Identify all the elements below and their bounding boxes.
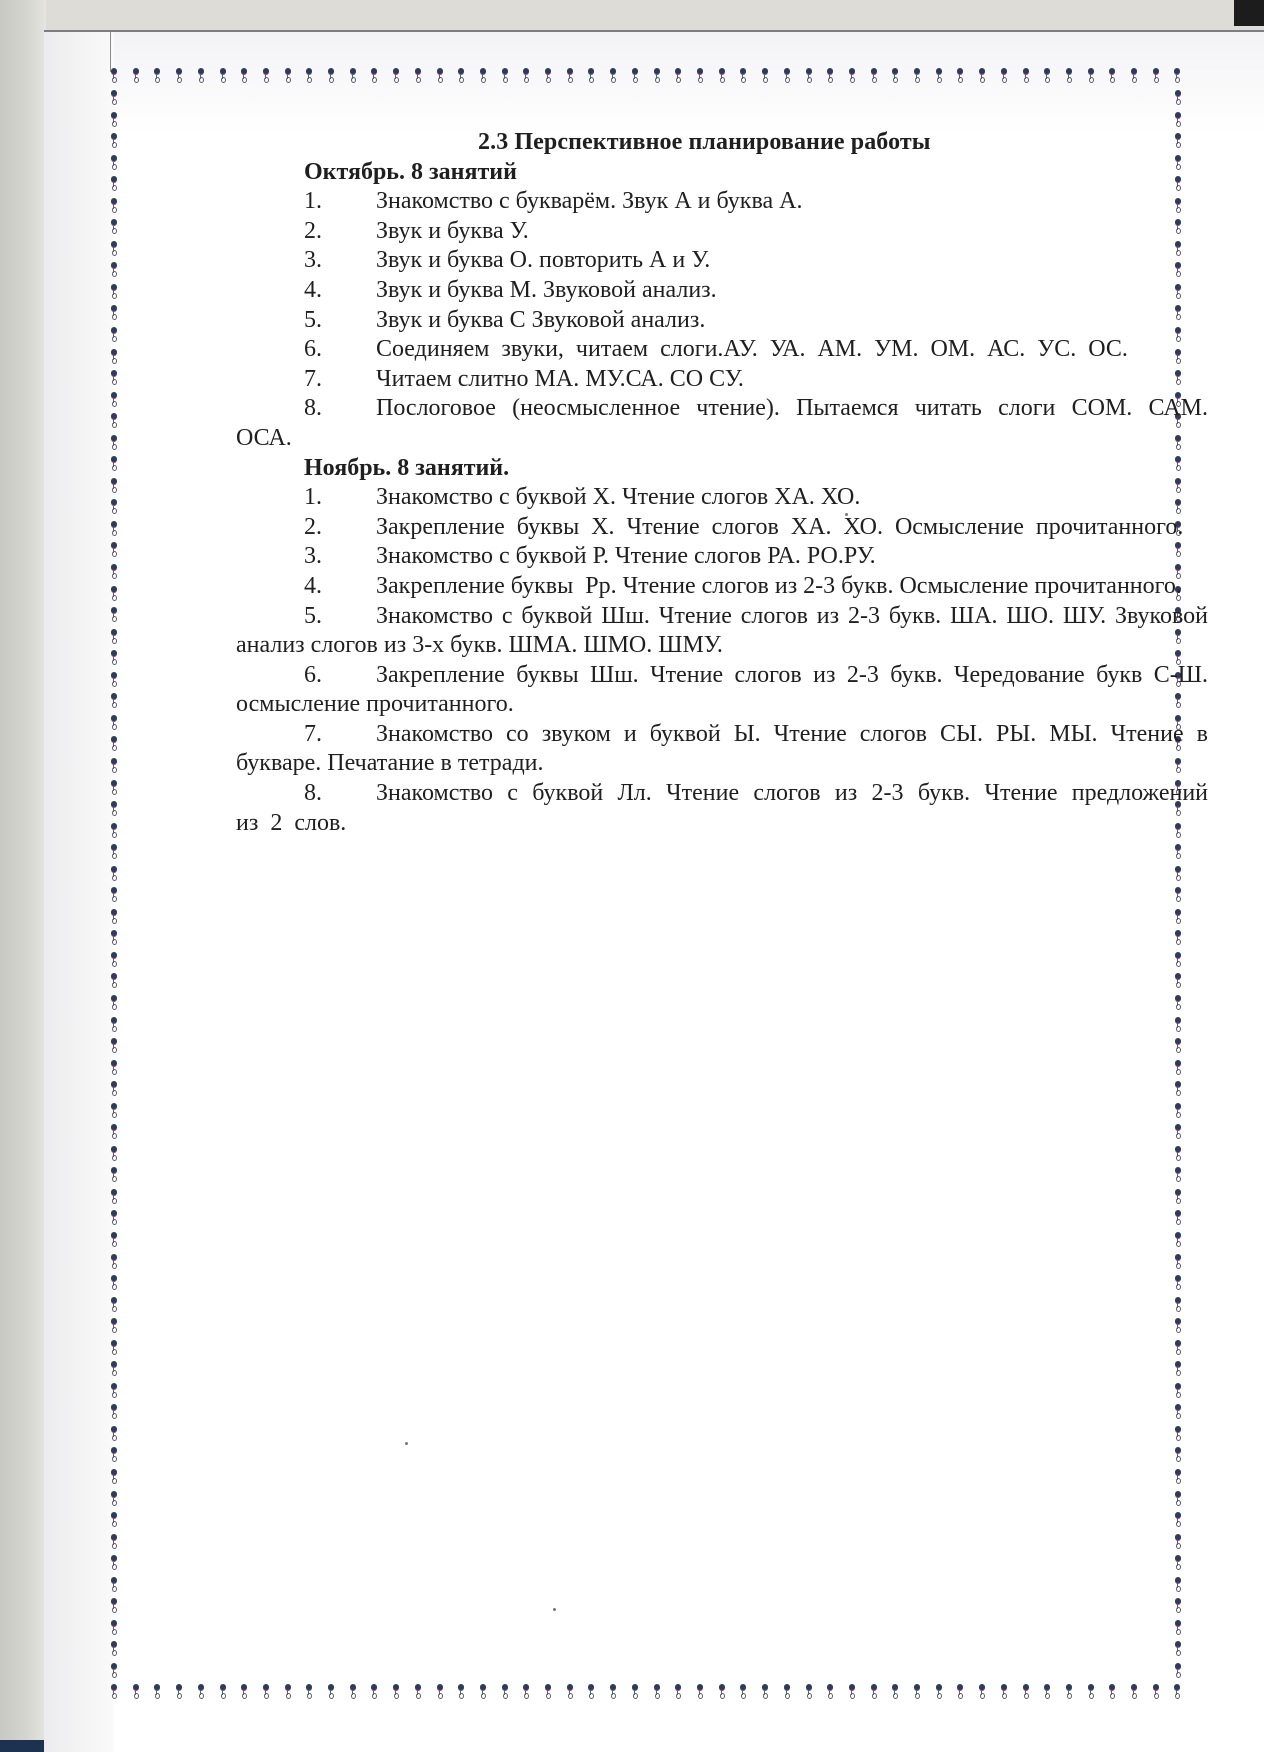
bead-chain-icon <box>110 435 118 456</box>
list-item: 6.Соединяем звуки, читаем слоги.АУ. УА. … <box>236 335 1208 365</box>
bead-chain-icon <box>110 1232 118 1253</box>
bead-chain-icon <box>110 1146 118 1167</box>
list-item: 6.Закрепление буквы Шш. Чтение слогов из… <box>236 661 1208 720</box>
bead-chain-icon <box>609 68 617 88</box>
bead-chain-icon <box>110 90 118 111</box>
bead-chain-icon <box>1174 1318 1182 1339</box>
bead-chain-icon <box>110 1491 118 1512</box>
bead-chain-icon <box>110 133 118 154</box>
bead-chain-icon <box>522 68 530 88</box>
page-shadow <box>44 32 114 1752</box>
bead-chain-icon <box>1174 1103 1182 1124</box>
list-item: 7.Знакомство со звуком и буквой Ы. Чтени… <box>236 720 1208 779</box>
bead-chain-icon <box>653 1684 661 1704</box>
bead-chain-icon <box>110 887 118 908</box>
bead-chain-icon <box>978 68 986 88</box>
bead-chain-icon <box>1174 844 1182 865</box>
bead-chain-icon <box>1174 930 1182 951</box>
bead-chain-icon <box>1174 1254 1182 1275</box>
bead-chain-icon <box>1043 1684 1051 1704</box>
bead-chain-icon <box>891 68 899 88</box>
item-text: Закрепление буквы Рр. Чтение слогов из 2… <box>376 573 1182 599</box>
bead-chain-icon <box>1174 973 1182 994</box>
bead-chain-icon <box>1174 1447 1182 1468</box>
item-text: Звук и буква У. <box>376 218 529 244</box>
bead-chain-icon <box>1174 1060 1182 1081</box>
bead-chain-icon <box>1174 866 1182 887</box>
bead-chain-icon <box>110 241 118 262</box>
bead-chain-icon <box>110 68 118 88</box>
bead-chain-icon <box>1174 1189 1182 1210</box>
bead-chain-icon <box>1174 1232 1182 1253</box>
bead-chain-icon <box>1087 68 1095 88</box>
bead-chain-icon <box>1174 1297 1182 1318</box>
bead-chain-icon <box>110 1641 118 1662</box>
item-number: 3. <box>304 246 376 276</box>
bead-chain-icon <box>870 68 878 88</box>
list-item: 3.Знакомство с буквой Р. Чтение слогов Р… <box>236 542 1208 572</box>
bead-chain-icon <box>110 112 118 133</box>
bead-chain-icon <box>674 68 682 88</box>
scanner-background-top <box>0 0 1264 30</box>
list-item: 8.Знакомство с буквой Лл. Чтение слогов … <box>236 779 1208 838</box>
bead-chain-icon <box>110 930 118 951</box>
bead-chain-icon <box>110 1361 118 1382</box>
item-text: Знакомство с буквой Шш. Чтение слогов из… <box>236 603 1208 659</box>
list-item: 1.Знакомство с буквой Х. Чтение слогов Х… <box>236 483 1208 513</box>
bead-chain-icon <box>587 1684 595 1704</box>
bead-chain-icon <box>1174 1361 1182 1382</box>
item-number: 6. <box>304 335 376 365</box>
bead-chain-icon <box>1174 995 1182 1016</box>
bead-chain-icon <box>110 586 118 607</box>
bead-chain-icon <box>132 1684 140 1704</box>
bead-chain-icon <box>110 1426 118 1447</box>
bead-chain-icon <box>110 1663 118 1684</box>
bead-chain-icon <box>631 1684 639 1704</box>
bead-chain-icon <box>566 68 574 88</box>
list-item: 4.Звук и буква М. Звуковой анализ. <box>236 276 1208 306</box>
item-text: Знакомство с букварём. Звук А и буква А. <box>376 188 802 214</box>
bead-chain-icon <box>110 176 118 197</box>
item-text: Читаем слитно МА. МУ.СА. СО СУ. <box>376 366 744 392</box>
item-text: Звук и буква М. Звуковой анализ. <box>376 277 717 303</box>
document-body: 2.3 Перспективное планирование работы Ок… <box>236 128 1208 838</box>
bead-chain-icon <box>1152 68 1160 88</box>
page-fold-line <box>110 32 111 72</box>
bead-chain-icon <box>1174 1620 1182 1641</box>
bead-chain-icon <box>110 973 118 994</box>
bead-chain-icon <box>110 715 118 736</box>
bead-chain-icon <box>110 564 118 585</box>
item-number: 5. <box>304 602 376 632</box>
bead-chain-icon <box>110 349 118 370</box>
bead-chain-icon <box>522 1684 530 1704</box>
bead-chain-icon <box>110 262 118 283</box>
bead-chain-icon <box>1130 1684 1138 1704</box>
bead-chain-icon <box>1174 1038 1182 1059</box>
bead-chain-icon <box>1174 1491 1182 1512</box>
bead-chain-icon <box>566 1684 574 1704</box>
item-text: Знакомство со звуком и буквой Ы. Чтение … <box>236 721 1208 777</box>
ornament-border-top <box>110 68 1182 90</box>
item-number: 4. <box>304 276 376 306</box>
bead-chain-icon <box>110 995 118 1016</box>
bead-chain-icon <box>978 1684 986 1704</box>
list-item: 5.Знакомство с буквой Шш. Чтение слогов … <box>236 602 1208 661</box>
bead-chain-icon <box>1174 1555 1182 1576</box>
bead-chain-icon <box>262 68 270 88</box>
ornament-border-left <box>110 90 120 1684</box>
bead-chain-icon <box>826 1684 834 1704</box>
bead-chain-icon <box>327 68 335 88</box>
bead-chain-icon <box>1065 1684 1073 1704</box>
bead-chain-icon <box>1174 1469 1182 1490</box>
bead-chain-icon <box>110 327 118 348</box>
bead-chain-icon <box>110 413 118 434</box>
bead-chain-icon <box>110 801 118 822</box>
bead-chain-icon <box>219 1684 227 1704</box>
bead-chain-icon <box>1000 68 1008 88</box>
bead-chain-icon <box>1174 1404 1182 1425</box>
bead-chain-icon <box>110 155 118 176</box>
bead-chain-icon <box>848 1684 856 1704</box>
bead-chain-icon <box>110 952 118 973</box>
section-heading: Ноябрь. 8 занятий. <box>304 454 1208 484</box>
scan-speck <box>553 1608 556 1611</box>
bead-chain-icon <box>1174 1598 1182 1619</box>
bead-chain-icon <box>110 1103 118 1124</box>
item-number: 1. <box>304 187 376 217</box>
bead-chain-icon <box>501 68 509 88</box>
item-number: 5. <box>304 306 376 336</box>
bead-chain-icon <box>414 68 422 88</box>
bead-chain-icon <box>631 68 639 88</box>
bead-chain-icon <box>1174 1167 1182 1188</box>
bead-chain-icon <box>1173 68 1181 88</box>
bead-chain-icon <box>110 521 118 542</box>
bead-chain-icon <box>197 1684 205 1704</box>
bead-chain-icon <box>110 1275 118 1296</box>
bead-chain-icon <box>1174 952 1182 973</box>
list-item: 8.Послоговое (неосмысленное чтение). Пыт… <box>236 394 1208 453</box>
section-october: Октябрь. 8 занятий 1.Знакомство с буквар… <box>236 158 1208 454</box>
bead-chain-icon <box>718 1684 726 1704</box>
bead-chain-icon <box>956 1684 964 1704</box>
bead-chain-icon <box>1174 1275 1182 1296</box>
bead-chain-icon <box>370 1684 378 1704</box>
item-text: Послоговое (неосмысленное чтение). Пытае… <box>236 395 1208 451</box>
bead-chain-icon <box>110 1318 118 1339</box>
bead-chain-icon <box>848 68 856 88</box>
bead-chain-icon <box>110 672 118 693</box>
bead-chain-icon <box>1174 909 1182 930</box>
bead-chain-icon <box>1173 1684 1181 1704</box>
bead-chain-icon <box>653 68 661 88</box>
bead-chain-icon <box>110 650 118 671</box>
scanner-dark-edge <box>0 1740 44 1752</box>
bead-chain-icon <box>305 1684 313 1704</box>
bead-chain-icon <box>544 68 552 88</box>
section-heading: Октябрь. 8 занятий <box>304 158 1208 188</box>
bead-chain-icon <box>1174 1577 1182 1598</box>
bead-chain-icon <box>110 1383 118 1404</box>
bead-chain-icon <box>1108 68 1116 88</box>
item-number: 2. <box>304 217 376 247</box>
bead-chain-icon <box>696 68 704 88</box>
list-item: 7.Читаем слитно МА. МУ.СА. СО СУ. <box>236 365 1208 395</box>
bead-chain-icon <box>1174 1641 1182 1662</box>
bead-chain-icon <box>110 1404 118 1425</box>
list-item: 5.Звук и буква С Звуковой анализ. <box>236 306 1208 336</box>
bead-chain-icon <box>1043 68 1051 88</box>
bead-chain-icon <box>1065 68 1073 88</box>
scan-speck <box>405 1442 408 1445</box>
bead-chain-icon <box>414 1684 422 1704</box>
bead-chain-icon <box>349 68 357 88</box>
bead-chain-icon <box>935 68 943 88</box>
bead-chain-icon <box>219 68 227 88</box>
bead-chain-icon <box>110 1167 118 1188</box>
bead-chain-icon <box>392 1684 400 1704</box>
bead-chain-icon <box>305 68 313 88</box>
item-number: 8. <box>304 779 376 809</box>
bead-chain-icon <box>110 758 118 779</box>
bead-chain-icon <box>609 1684 617 1704</box>
item-text: Звук и буква О. повторить А и У. <box>376 247 710 273</box>
bead-chain-icon <box>1174 1081 1182 1102</box>
page-title: 2.3 Перспективное планирование работы <box>478 128 1208 158</box>
bead-chain-icon <box>805 1684 813 1704</box>
bead-chain-icon <box>110 780 118 801</box>
bead-chain-icon <box>110 1124 118 1145</box>
item-number: 7. <box>304 720 376 750</box>
bead-chain-icon <box>153 1684 161 1704</box>
bead-chain-icon <box>175 1684 183 1704</box>
bead-chain-icon <box>110 1017 118 1038</box>
bead-chain-icon <box>110 736 118 757</box>
bead-chain-icon <box>501 1684 509 1704</box>
bead-chain-icon <box>913 1684 921 1704</box>
item-text: Соединяем звуки, читаем слоги.АУ. УА. АМ… <box>376 336 1128 362</box>
bead-chain-icon <box>110 629 118 650</box>
list-item: 3.Звук и буква О. повторить А и У. <box>236 246 1208 276</box>
bead-chain-icon <box>262 1684 270 1704</box>
bead-chain-icon <box>110 284 118 305</box>
bead-chain-icon <box>913 68 921 88</box>
bead-chain-icon <box>1152 1684 1160 1704</box>
bead-chain-icon <box>370 68 378 88</box>
bead-chain-icon <box>479 68 487 88</box>
bead-chain-icon <box>1174 1210 1182 1231</box>
bead-chain-icon <box>110 1038 118 1059</box>
bead-chain-icon <box>870 1684 878 1704</box>
bead-chain-icon <box>110 219 118 240</box>
bead-chain-icon <box>240 1684 248 1704</box>
item-text: Закрепление буквы Шш. Чтение слогов из 2… <box>236 662 1208 718</box>
bead-chain-icon <box>110 1684 118 1704</box>
bead-chain-icon <box>110 478 118 499</box>
scanner-dark-corner <box>1234 0 1264 26</box>
bead-chain-icon <box>132 68 140 88</box>
bead-chain-icon <box>761 1684 769 1704</box>
item-number: 2. <box>304 513 376 543</box>
bead-chain-icon <box>110 1447 118 1468</box>
bead-chain-icon <box>284 68 292 88</box>
bead-chain-icon <box>110 392 118 413</box>
bead-chain-icon <box>1087 1684 1095 1704</box>
bead-chain-icon <box>240 68 248 88</box>
bead-chain-icon <box>891 1684 899 1704</box>
item-text: Знакомство с буквой Р. Чтение слогов РА.… <box>376 543 876 569</box>
bead-chain-icon <box>110 866 118 887</box>
item-text: Знакомство с буквой Лл. Чтение слогов из… <box>236 780 1208 836</box>
item-number: 8. <box>304 394 376 424</box>
bead-chain-icon <box>674 1684 682 1704</box>
bead-chain-icon <box>197 68 205 88</box>
bead-chain-icon <box>110 305 118 326</box>
bead-chain-icon <box>718 68 726 88</box>
scanner-background-left <box>0 0 46 1752</box>
bead-chain-icon <box>761 68 769 88</box>
bead-chain-icon <box>284 1684 292 1704</box>
bead-chain-icon <box>1174 90 1182 111</box>
bead-chain-icon <box>1174 1512 1182 1533</box>
bead-chain-icon <box>805 68 813 88</box>
ornament-border-bottom <box>110 1684 1182 1706</box>
bead-chain-icon <box>1174 1146 1182 1167</box>
bead-chain-icon <box>110 1210 118 1231</box>
bead-chain-icon <box>1130 68 1138 88</box>
item-number: 4. <box>304 572 376 602</box>
list-item: 2.Звук и буква У. <box>236 217 1208 247</box>
bead-chain-icon <box>110 1469 118 1490</box>
bead-chain-icon <box>1174 1124 1182 1145</box>
bead-chain-icon <box>1108 1684 1116 1704</box>
list-item: 1.Знакомство с букварём. Звук А и буква … <box>236 187 1208 217</box>
bead-chain-icon <box>110 1534 118 1555</box>
bead-chain-icon <box>110 499 118 520</box>
section-november: Ноябрь. 8 занятий. 1.Знакомство с буквой… <box>236 454 1208 839</box>
item-text: Знакомство с буквой Х. Чтение слогов ХА.… <box>376 484 860 510</box>
bead-chain-icon <box>457 1684 465 1704</box>
list-item: 4.Закрепление буквы Рр. Чтение слогов из… <box>236 572 1208 602</box>
bead-chain-icon <box>110 1254 118 1275</box>
item-text: Закрепление буквы Х. Чтение слогов ХА. Х… <box>376 514 1183 540</box>
bead-chain-icon <box>783 1684 791 1704</box>
bead-chain-icon <box>110 1081 118 1102</box>
list-item: 2.Закрепление буквы Х. Чтение слогов ХА.… <box>236 513 1208 543</box>
bead-chain-icon <box>1022 68 1030 88</box>
bead-chain-icon <box>1022 1684 1030 1704</box>
bead-chain-icon <box>436 68 444 88</box>
bead-chain-icon <box>1174 887 1182 908</box>
item-number: 1. <box>304 483 376 513</box>
bead-chain-icon <box>153 68 161 88</box>
bead-chain-icon <box>544 1684 552 1704</box>
bead-chain-icon <box>110 693 118 714</box>
bead-chain-icon <box>110 542 118 563</box>
bead-chain-icon <box>587 68 595 88</box>
bead-chain-icon <box>110 1577 118 1598</box>
bead-chain-icon <box>956 68 964 88</box>
bead-chain-icon <box>935 1684 943 1704</box>
bead-chain-icon <box>1174 1017 1182 1038</box>
bead-chain-icon <box>110 1340 118 1361</box>
bead-chain-icon <box>1174 1534 1182 1555</box>
bead-chain-icon <box>1174 1383 1182 1404</box>
item-text: Звук и буква С Звуковой анализ. <box>376 307 705 333</box>
bead-chain-icon <box>110 1189 118 1210</box>
item-number: 7. <box>304 365 376 395</box>
bead-chain-icon <box>1174 1340 1182 1361</box>
bead-chain-icon <box>110 1297 118 1318</box>
bead-chain-icon <box>696 1684 704 1704</box>
bead-chain-icon <box>110 198 118 219</box>
bead-chain-icon <box>110 823 118 844</box>
bead-chain-icon <box>783 68 791 88</box>
bead-chain-icon <box>1174 1663 1182 1684</box>
bead-chain-icon <box>457 68 465 88</box>
bead-chain-icon <box>110 1555 118 1576</box>
bead-chain-icon <box>349 1684 357 1704</box>
bead-chain-icon <box>110 456 118 477</box>
bead-chain-icon <box>739 1684 747 1704</box>
bead-chain-icon <box>110 1512 118 1533</box>
bead-chain-icon <box>826 68 834 88</box>
bead-chain-icon <box>436 1684 444 1704</box>
bead-chain-icon <box>175 68 183 88</box>
bead-chain-icon <box>110 607 118 628</box>
bead-chain-icon <box>110 1620 118 1641</box>
bead-chain-icon <box>1000 1684 1008 1704</box>
bead-chain-icon <box>110 909 118 930</box>
bead-chain-icon <box>479 1684 487 1704</box>
bead-chain-icon <box>739 68 747 88</box>
item-number: 3. <box>304 542 376 572</box>
bead-chain-icon <box>110 370 118 391</box>
item-number: 6. <box>304 661 376 691</box>
bead-chain-icon <box>1174 1426 1182 1447</box>
bead-chain-icon <box>327 1684 335 1704</box>
bead-chain-icon <box>392 68 400 88</box>
bead-chain-icon <box>110 1060 118 1081</box>
bead-chain-icon <box>110 844 118 865</box>
bead-chain-icon <box>110 1598 118 1619</box>
